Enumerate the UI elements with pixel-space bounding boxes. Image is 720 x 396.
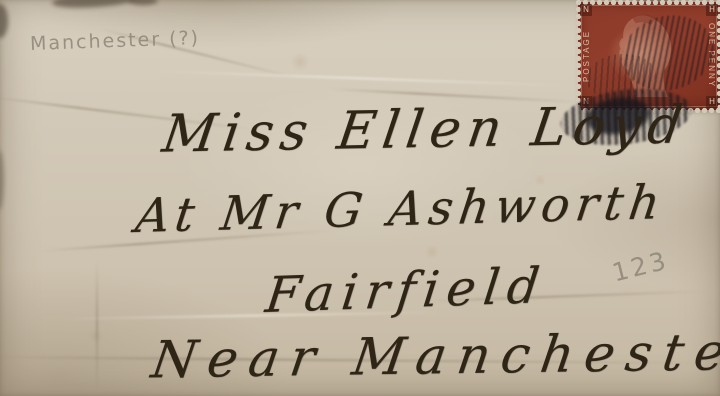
stamp-corner-letter: H [706, 96, 718, 108]
address-line-care-of: At Mr G Ashworth [132, 175, 669, 244]
edge-tear [0, 4, 8, 38]
address-line-locality: Fairfield [263, 257, 551, 324]
edge-tear [128, 0, 158, 5]
crease-line [96, 260, 98, 390]
envelope-scan: Manchester (?) POSTAGE ONE PENNY N H N H… [0, 0, 720, 396]
stamp-corner-letter: N [580, 4, 592, 16]
address-line-recipient: Miss Ellen Loyd [159, 95, 693, 164]
crease-highlight [150, 70, 570, 87]
pencil-annotation: Manchester (?) [30, 27, 201, 55]
stamp-corner-letter: H [706, 4, 718, 16]
edge-tear [0, 150, 4, 210]
edge-tear [52, 0, 139, 10]
pencil-number-annotation: 123 [609, 246, 671, 288]
address-line-town: Near Manchester [148, 323, 720, 391]
